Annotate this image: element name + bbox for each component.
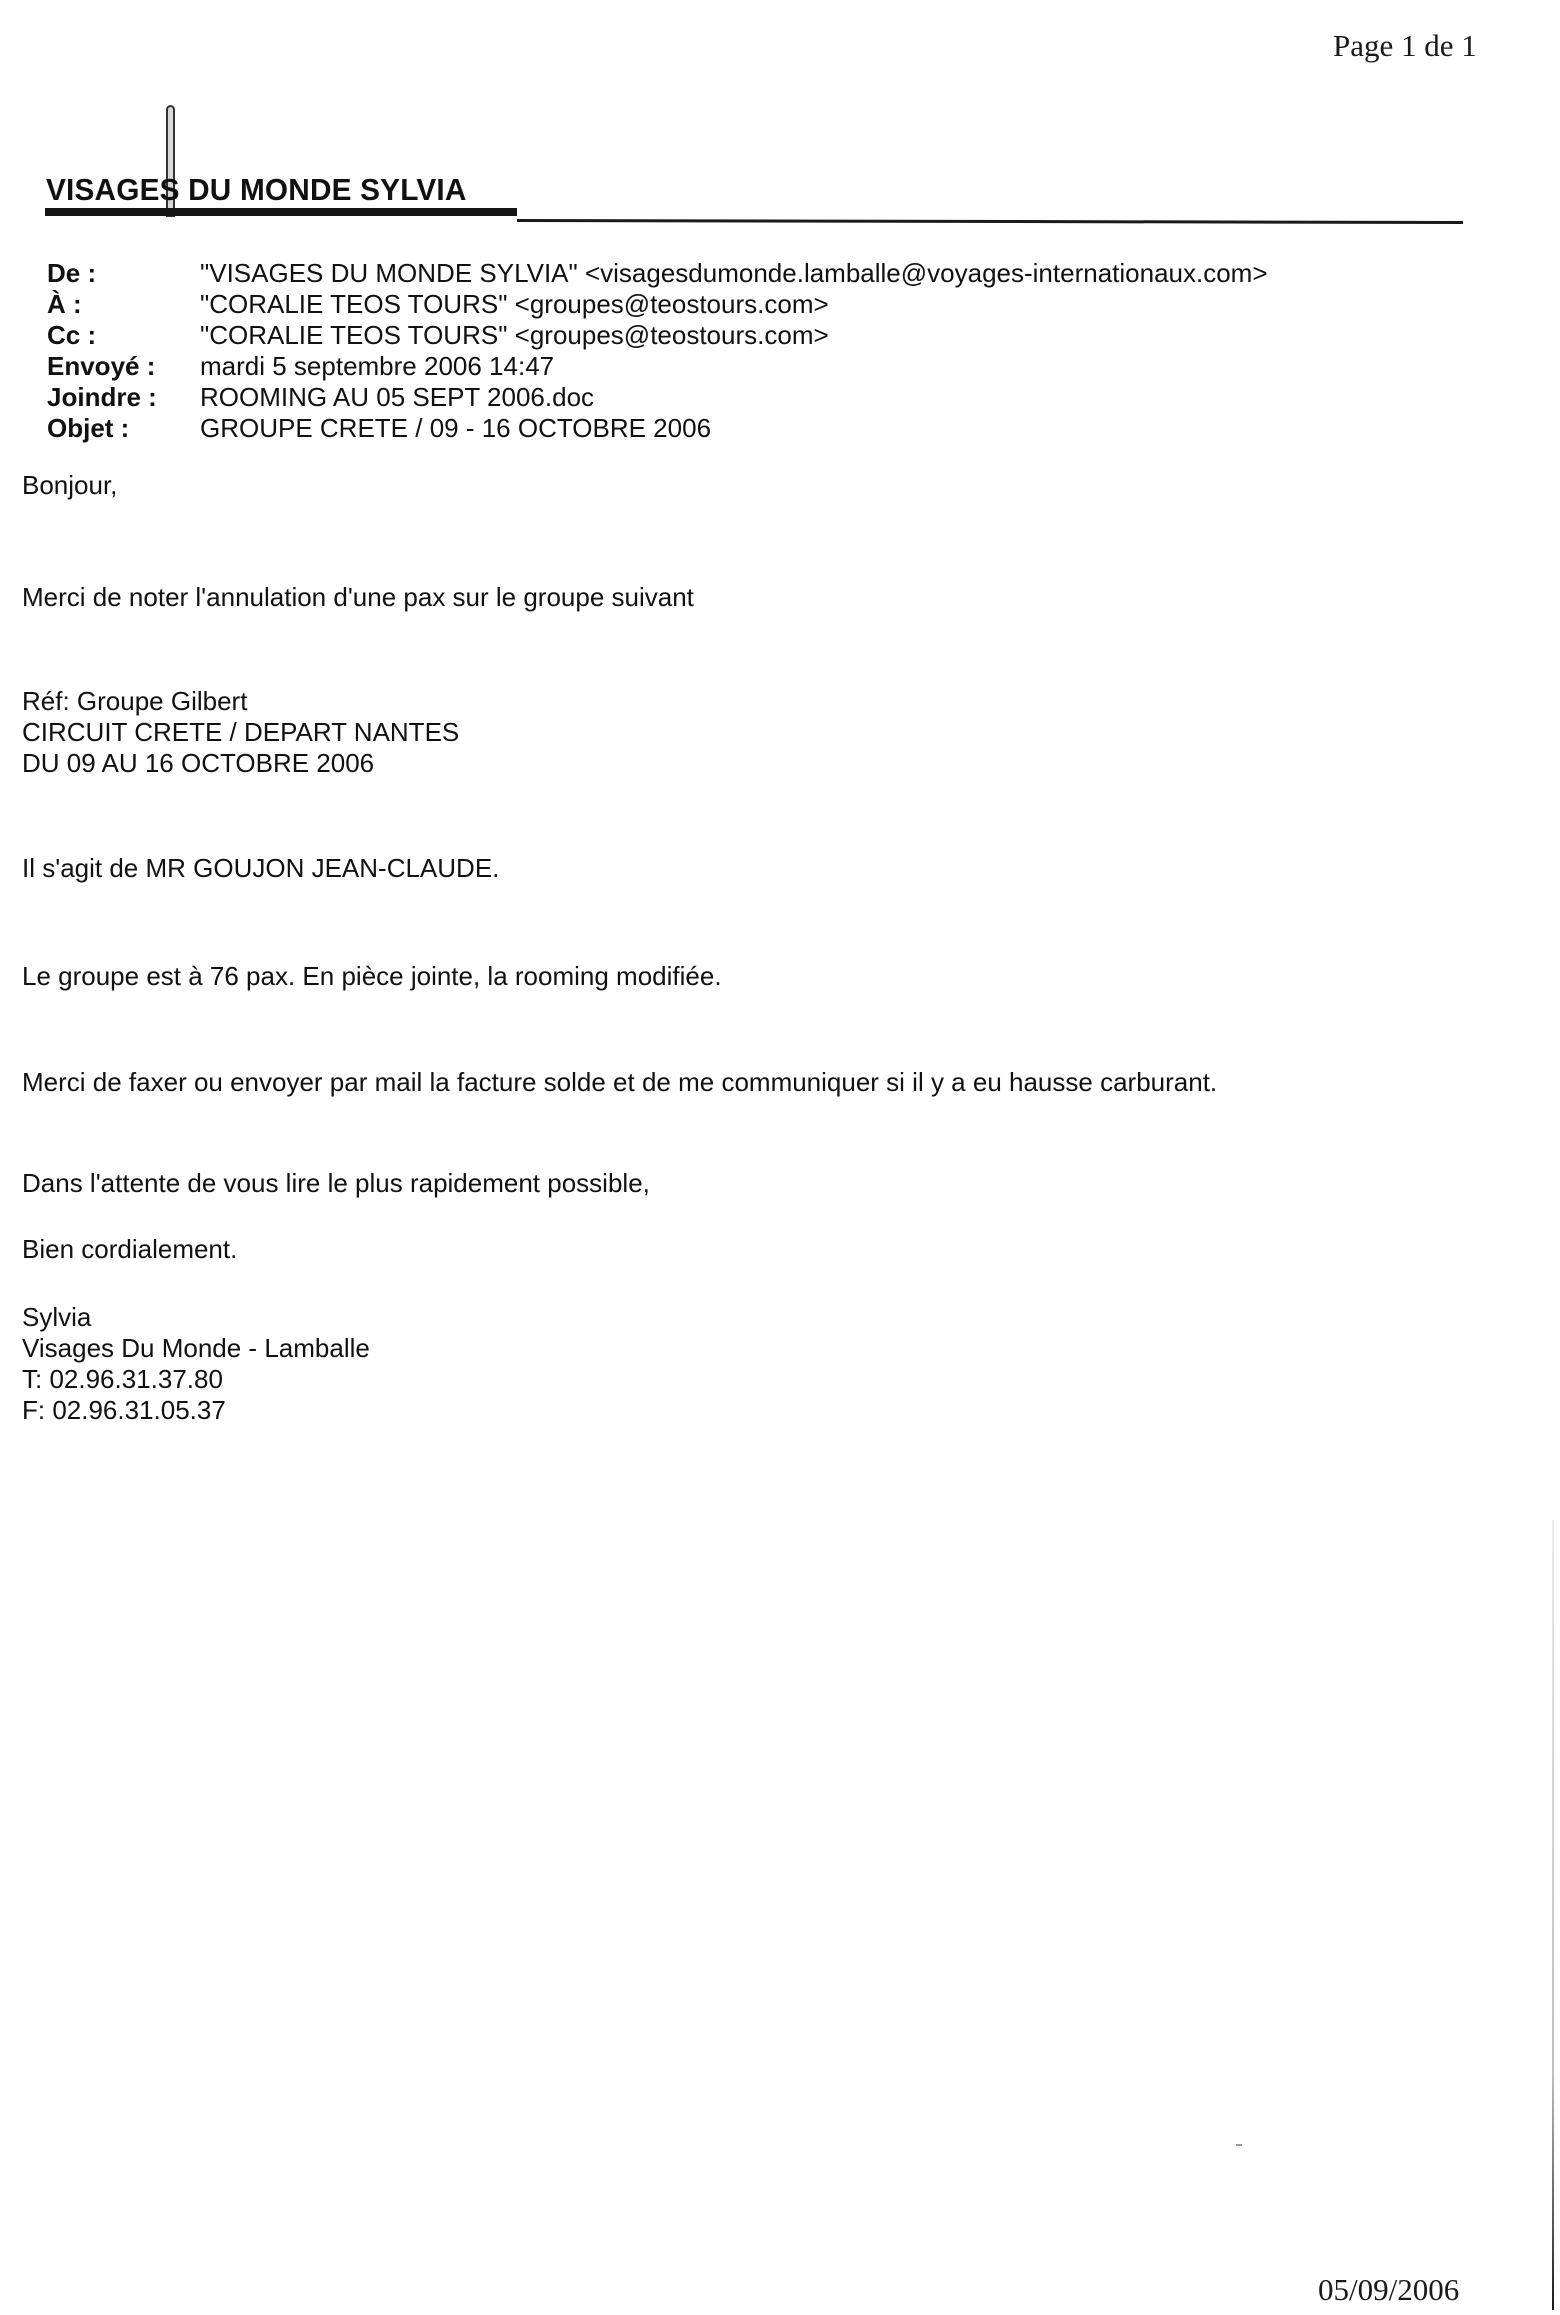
from-value: "VISAGES DU MONDE SYLVIA" <visagesdumond… bbox=[200, 258, 1268, 289]
signature-name: Sylvia bbox=[22, 1302, 91, 1333]
request-paragraph: Merci de faxer ou envoyer par mail la fa… bbox=[22, 1067, 1217, 1098]
field-sent: Envoyé : mardi 5 septembre 2006 14:47 bbox=[47, 351, 1268, 382]
to-value: "CORALIE TEOS TOURS" <groupes@teostours.… bbox=[200, 289, 829, 320]
cc-value: "CORALIE TEOS TOURS" <groupes@teostours.… bbox=[200, 320, 829, 351]
field-from: De : "VISAGES DU MONDE SYLVIA" <visagesd… bbox=[47, 258, 1268, 289]
signature-phone: T: 02.96.31.37.80 bbox=[22, 1364, 223, 1395]
closing: Bien cordialement. bbox=[22, 1234, 237, 1265]
scan-speck bbox=[1236, 2144, 1242, 2146]
field-label: De : bbox=[47, 258, 200, 289]
scan-edge-line bbox=[1552, 1520, 1554, 2310]
field-label: Joindre : bbox=[47, 382, 200, 413]
signature-fax: F: 02.96.31.05.37 bbox=[22, 1395, 226, 1426]
field-label: Envoyé : bbox=[47, 351, 200, 382]
reference-line: Réf: Groupe Gilbert bbox=[22, 686, 247, 717]
field-subject: Objet : GROUPE CRETE / 09 - 16 OCTOBRE 2… bbox=[47, 413, 1268, 444]
field-label: Cc : bbox=[47, 320, 200, 351]
intro-paragraph: Merci de noter l'annulation d'une pax su… bbox=[22, 582, 694, 613]
footer-date: 05/09/2006 bbox=[1318, 2272, 1459, 2308]
signature-agency: Visages Du Monde - Lamballe bbox=[22, 1333, 370, 1364]
title-underline bbox=[45, 208, 517, 216]
page-number: Page 1 de 1 bbox=[1333, 28, 1477, 64]
header-rule bbox=[517, 219, 1463, 224]
greeting: Bonjour, bbox=[22, 470, 117, 501]
sent-value: mardi 5 septembre 2006 14:47 bbox=[200, 351, 554, 382]
closing-wait: Dans l'attente de vous lire le plus rapi… bbox=[22, 1168, 650, 1199]
field-attachment: Joindre : ROOMING AU 05 SEPT 2006.doc bbox=[47, 382, 1268, 413]
subject-value: GROUPE CRETE / 09 - 16 OCTOBRE 2006 bbox=[200, 413, 711, 444]
field-to: À : "CORALIE TEOS TOURS" <groupes@teosto… bbox=[47, 289, 1268, 320]
reference-line: DU 09 AU 16 OCTOBRE 2006 bbox=[22, 748, 374, 779]
field-label: À : bbox=[47, 289, 200, 320]
person-paragraph: Il s'agit de MR GOUJON JEAN-CLAUDE. bbox=[22, 853, 499, 884]
field-label: Objet : bbox=[47, 413, 200, 444]
field-cc: Cc : "CORALIE TEOS TOURS" <groupes@teost… bbox=[47, 320, 1268, 351]
group-status-paragraph: Le groupe est à 76 pax. En pièce jointe,… bbox=[22, 961, 722, 992]
reference-line: CIRCUIT CRETE / DEPART NANTES bbox=[22, 717, 459, 748]
document-title: VISAGES DU MONDE SYLVIA bbox=[46, 172, 467, 208]
attachment-value: ROOMING AU 05 SEPT 2006.doc bbox=[200, 382, 594, 413]
email-header-fields: De : "VISAGES DU MONDE SYLVIA" <visagesd… bbox=[47, 258, 1268, 444]
